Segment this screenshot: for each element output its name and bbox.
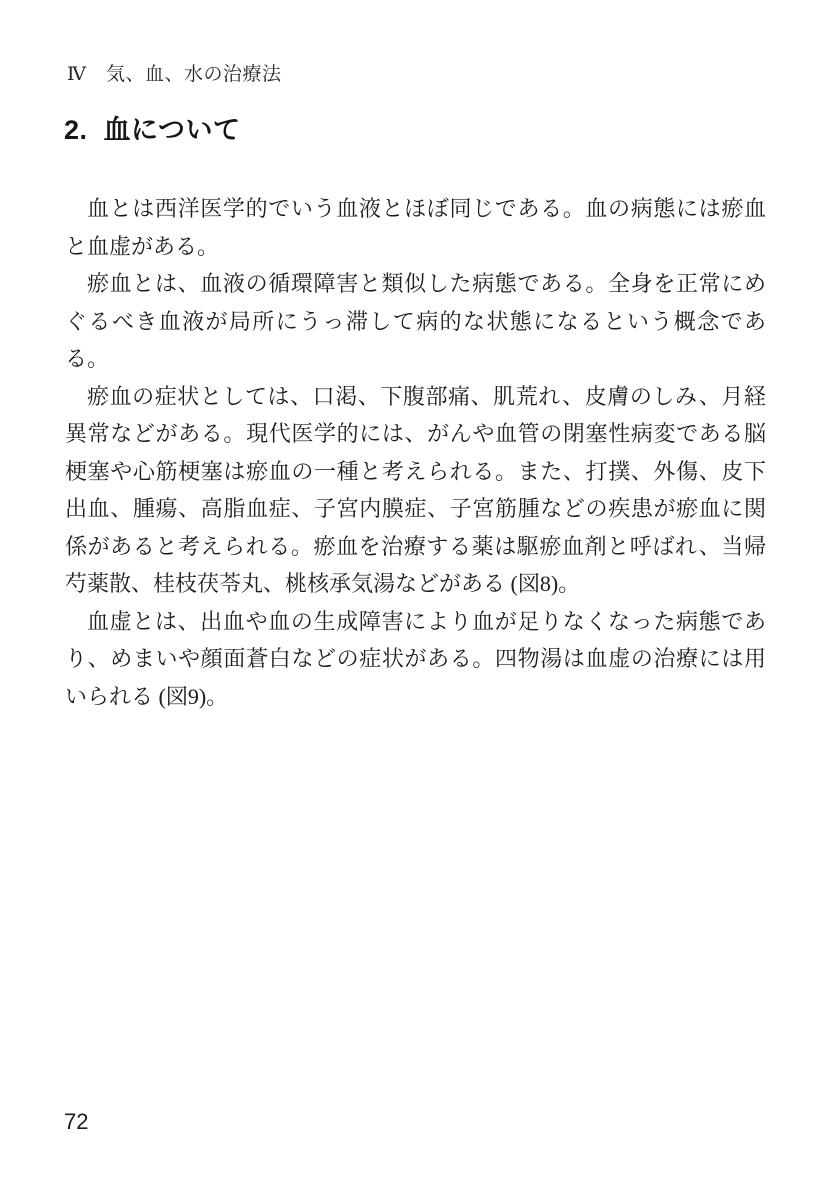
paragraph-4: 血虚とは、出血や血の生成障害により血が足りなくなった病態であり、めまいや顔面蒼白… <box>65 603 766 716</box>
section-number: 2. <box>64 112 88 148</box>
document-page: Ⅳ 気、血、水の治療法 2.血について 血とは西洋医学的でいう血液とほぼ同じであ… <box>0 0 830 1200</box>
body-text: 血とは西洋医学的でいう血液とほぼ同じである。血の病態には瘀血と血虚がある。 瘀血… <box>65 190 766 715</box>
paragraph-1: 血とは西洋医学的でいう血液とほぼ同じである。血の病態には瘀血と血虚がある。 <box>65 190 766 265</box>
paragraph-2: 瘀血とは、血液の循環障害と類似した病態である。全身を正常にめぐるべき血液が局所に… <box>65 265 766 378</box>
page-number: 72 <box>64 1108 88 1136</box>
section-heading: 2.血について <box>64 112 241 148</box>
running-header: Ⅳ 気、血、水の治療法 <box>67 62 281 88</box>
section-title: 血について <box>104 115 241 145</box>
paragraph-3: 瘀血の症状としては、口渇、下腹部痛、肌荒れ、皮膚のしみ、月経異常などがある。現代… <box>65 378 766 603</box>
